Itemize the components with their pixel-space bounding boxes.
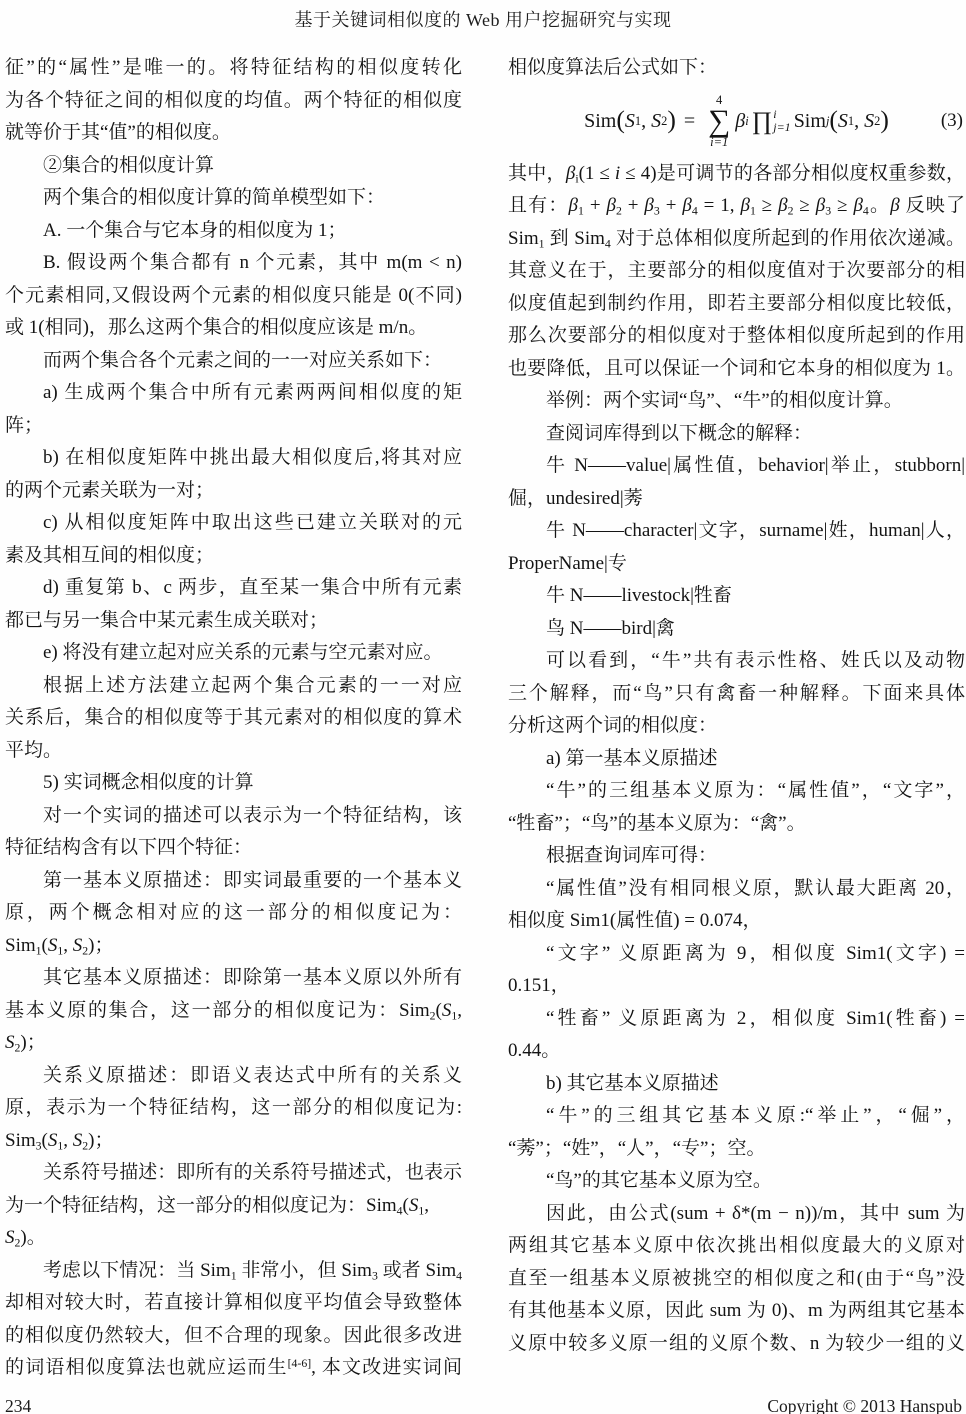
text-line: 其中，βi(1 ≤ i ≤ 4)是可调节的各部分相似度权重参数，	[508, 158, 965, 191]
text-line: B. 假设两个集合都有 n 个元素，其中 m(m < n)	[5, 247, 462, 280]
text-line: 也要降低，且可以保证一个词和它本身的相似度为 1。	[508, 353, 965, 386]
formula-token: S	[625, 105, 635, 138]
text-line: Sim3(S1, S2)；	[5, 1125, 462, 1158]
text-line: Sim1 到 Sim4 对于总体相似度所起到的作用依次递减。	[508, 223, 965, 256]
text-line: d) 重复第 b、c 两步，直至某一集合中所有元素	[5, 572, 462, 605]
left-column: 征”的“属性”是唯一的。将特征结构的相似度转化为各个特征之间的相似度的均值。两个…	[5, 52, 462, 1385]
text-line: 鸟 N——bird|禽	[508, 613, 965, 646]
text-line: Sim1(S1, S2)；	[5, 930, 462, 963]
text-line: 三个解释，而“鸟”只有禽畜一种解释。下面来具体	[508, 678, 965, 711]
text-line: 0.44。	[508, 1035, 965, 1068]
text-line: 0.151，	[508, 970, 965, 1003]
copyright-text: Copyright © 2013 Hanspub	[767, 1396, 962, 1414]
text-line: b) 其它基本义原描述	[508, 1068, 965, 1101]
text-line: 关系后，集合的相似度等于其元素对的相似度的算术	[5, 702, 462, 735]
text-line: “属性值”没有相同根义原，默认最大距离 20，	[508, 873, 965, 906]
equation-3: Sim(S1,S2) = 4∑i=1 βi ∏ij=1 Simj (S1,S2)…	[508, 85, 965, 158]
formula-token: ,	[854, 105, 859, 138]
page-header: 基于关键词相似度的 Web 用户挖掘研究与实现	[0, 6, 966, 32]
text-line: 倔，undesired|莠	[508, 483, 965, 516]
document-page: 基于关键词相似度的 Web 用户挖掘研究与实现 征”的“属性”是唯一的。将特征结…	[0, 0, 966, 1414]
formula-token: ,	[641, 105, 646, 138]
paper-title: 基于关键词相似度的 Web 用户挖掘研究与实现	[294, 10, 671, 30]
formula-token: j=1	[773, 121, 790, 134]
text-line: 对一个实词的描述可以表示为一个特征结构，该	[5, 800, 462, 833]
text-line: 都已与另一集合中某元素生成关联对；	[5, 605, 462, 638]
text-line: 或 1(相同)，那么这两个集合的相似度应该是 m/n。	[5, 312, 462, 345]
text-line: ②集合的相似度计算	[5, 150, 462, 183]
text-line: 牛 N——livestock|牲畜	[508, 580, 965, 613]
text-line: 两个集合的相似度计算的简单模型如下：	[5, 182, 462, 215]
text-line: 查阅词库得到以下概念的解释：	[508, 418, 965, 451]
text-line: 因此，由公式(sum + δ*(m − n))/m，其中 sum 为	[508, 1198, 965, 1231]
formula-token: Sim	[584, 105, 616, 138]
text-line: 根据上述方法建立起两个集合元素的一一对应	[5, 670, 462, 703]
text-line: 相似度算法后公式如下：	[508, 52, 965, 85]
text-line: 素及其相互间的相似度；	[5, 540, 462, 573]
text-line: ProperName|专	[508, 548, 965, 581]
text-line: 为各个特征之间的相似度的均值。两个特征的相似度	[5, 85, 462, 118]
formula-token: S	[651, 105, 661, 138]
text-line: 的相似度仍然较大，但不合理的现象。因此很多改进	[5, 1320, 462, 1353]
text-line: 相似度 Sim1(属性值) = 0.074，	[508, 905, 965, 938]
text-line: 分析这两个词的相似度：	[508, 710, 965, 743]
text-line: “牛”的三组其它基本义原:“举止”，“倔”，	[508, 1100, 965, 1133]
text-line: 两组其它基本义原中依次挑出相似度最大的义原对	[508, 1230, 965, 1263]
text-line: 却相对较大时，若直接计算相似度平均值会导致整体	[5, 1287, 462, 1320]
text-line: 其它基本义原描述：即除第一基本义原以外所有	[5, 962, 462, 995]
text-line: 特征结构含有以下四个特征：	[5, 832, 462, 865]
text-line: 义原中较多义原一组的义原个数、n 为较少一组的义	[508, 1328, 965, 1361]
text-line: 原，两个概念相对应的这一部分的相似度记为：	[5, 897, 462, 930]
text-line: 考虑以下情况：当 Sim1 非常小，但 Sim3 或者 Sim4	[5, 1255, 462, 1288]
formula-token: i=1	[710, 136, 728, 149]
text-line: 基本义原的集合，这一部分的相似度记为：Sim2(S1,	[5, 995, 462, 1028]
text-line: c) 从相似度矩阵中取出这些已建立关联对的元	[5, 507, 462, 540]
sigma-icon: ∑	[708, 106, 730, 135]
page-number: 234	[5, 1396, 31, 1414]
text-line: 其意义在于，主要部分的相似度值对于次要部分的相	[508, 255, 965, 288]
text-line: 个元素相同,又假设两个元素的相似度只能是 0(不同)	[5, 280, 462, 313]
right-column: 相似度算法后公式如下： Sim(S1,S2) = 4∑i=1 βi ∏ij=1 …	[508, 52, 965, 1385]
page-footer: 234 Copyright © 2013 Hanspub	[5, 1396, 962, 1414]
text-line: S2)；	[5, 1027, 462, 1060]
summation-symbol: 4∑i=1	[708, 94, 730, 148]
formula-token: ij=1	[773, 108, 790, 133]
formula-token: S	[864, 105, 874, 138]
product-symbol: ∏ij=1	[752, 108, 791, 133]
text-line: a) 生成两个集合中所有元素两两间相似度的矩	[5, 377, 462, 410]
equation-number: (3)	[941, 105, 963, 138]
text-line: 阵；	[5, 410, 462, 443]
text-line: “牛”的三组基本义原为：“属性值”，“文字”，	[508, 775, 965, 808]
equation-body: Sim(S1,S2) = 4∑i=1 βi ∏ij=1 Simj (S1,S2)	[508, 94, 965, 148]
text-line: 有其他基本义原，因此 sum 为 0)、m 为两组其它基本	[508, 1295, 965, 1328]
text-line: 就等价于其“值”的相似度。	[5, 117, 462, 150]
formula-token: Sim	[794, 105, 826, 138]
text-line: 似度值起到制约作用，即若主要部分相似度比较低，	[508, 288, 965, 321]
pi-icon: ∏	[752, 109, 773, 134]
text-line: 征”的“属性”是唯一的。将特征结构的相似度转化	[5, 52, 462, 85]
text-line: 可以看到，“牛”共有表示性格、姓氏以及动物	[508, 645, 965, 678]
text-line: “牲畜” 义原距离为 2，相似度 Sim1(牲畜) =	[508, 1003, 965, 1036]
text-line: 第一基本义原描述：即实词最重要的一个基本义	[5, 865, 462, 898]
formula-token: =	[684, 105, 695, 138]
text-line: 原，表示为一个特征结构，这一部分的相似度记为:	[5, 1092, 462, 1125]
text-line: 关系符号描述：即所有的关系符号描述式，也表示	[5, 1157, 462, 1190]
text-line: a) 第一基本义原描述	[508, 743, 965, 776]
formula-token: S	[838, 105, 848, 138]
text-line: “文字” 义原距离为 9，相似度 Sim1(文字) =	[508, 938, 965, 971]
right-column-top-text: 相似度算法后公式如下：	[508, 52, 965, 85]
text-line: 牛 N——value|属性值，behavior|举止，stubborn|	[508, 450, 965, 483]
text-line: 平均。	[5, 735, 462, 768]
text-line: 且有：β1 + β2 + β3 + β4 = 1, β1 ≥ β2 ≥ β3 ≥…	[508, 190, 965, 223]
text-line: “牲畜”；“鸟”的基本义原为：“禽”。	[508, 808, 965, 841]
text-line: “鸟”的其它基本义原为空。	[508, 1165, 965, 1198]
text-line: 关系义原描述：即语义表达式中所有的关系义	[5, 1060, 462, 1093]
text-line: 的词语相似度算法也就应运而生[4-6], 本文改进实词间	[5, 1352, 462, 1385]
text-line: 直至一组基本义原被挑空的相似度之和(由于“鸟”没	[508, 1263, 965, 1296]
text-line: 举例：两个实词“鸟”、“牛”的相似度计算。	[508, 385, 965, 418]
text-line: e) 将没有建立起对应关系的元素与空元素对应。	[5, 637, 462, 670]
right-column-bottom-text: 其中，βi(1 ≤ i ≤ 4)是可调节的各部分相似度权重参数，且有：β1 + …	[508, 158, 965, 1361]
text-line: b) 在相似度矩阵中挑出最大相似度后,将其对应	[5, 442, 462, 475]
text-line: 的两个元素关联为一对；	[5, 475, 462, 508]
two-column-body: 征”的“属性”是唯一的。将特征结构的相似度转化为各个特征之间的相似度的均值。两个…	[5, 52, 965, 1385]
text-line: “莠”；“姓”，“人”，“专”；空。	[508, 1133, 965, 1166]
text-line: 牛 N——character|文字，surname|姓，human|人，	[508, 515, 965, 548]
text-line: A. 一个集合与它本身的相似度为 1；	[5, 215, 462, 248]
text-line: 而两个集合各个元素之间的一一对应关系如下：	[5, 345, 462, 378]
text-line: 为一个特征结构，这一部分的相似度记为：Sim4(S1, S2)。	[5, 1190, 462, 1255]
text-line: 那么次要部分的相似度对于整体相似度所起到的作用	[508, 320, 965, 353]
formula-token: β	[735, 105, 745, 138]
text-line: 5) 实词概念相似度的计算	[5, 767, 462, 800]
text-line: 根据查询词库可得：	[508, 840, 965, 873]
